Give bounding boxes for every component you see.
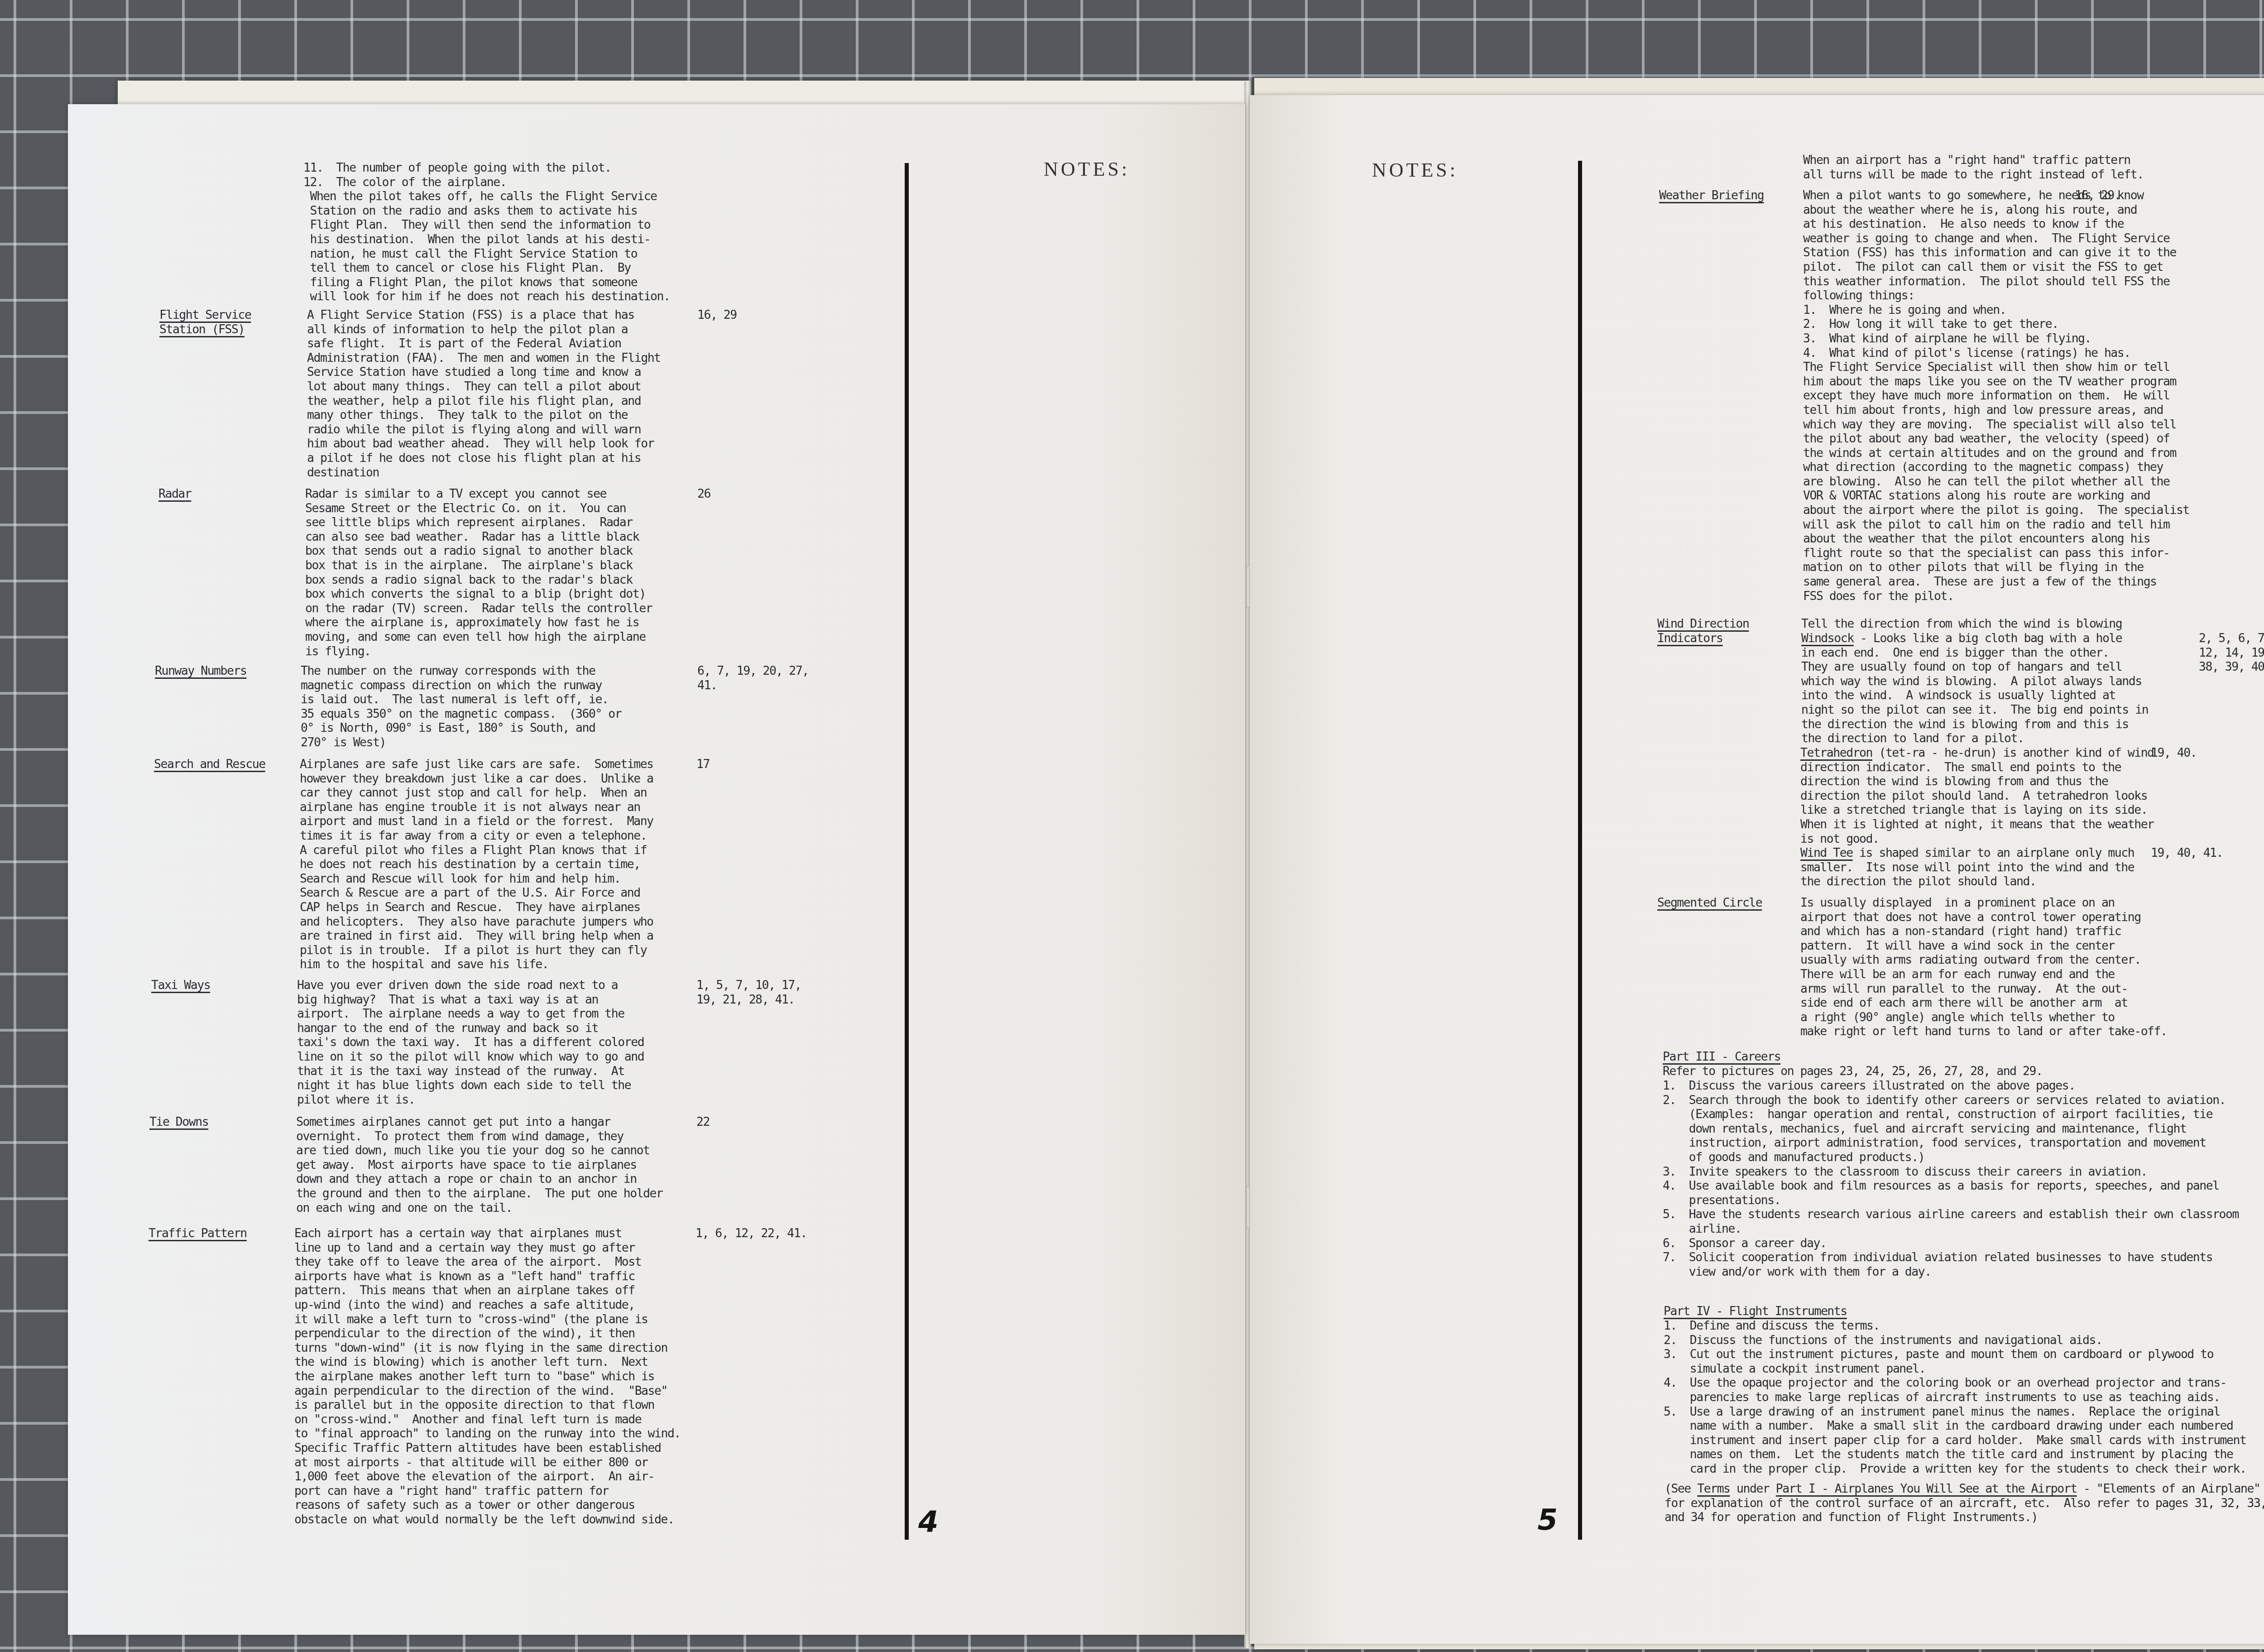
- page-refs-tie-downs: 22: [696, 1115, 710, 1129]
- right-page: NOTES: 5 When an airport has a "right ha…: [1250, 95, 2264, 1644]
- vertical-rule: [905, 163, 909, 1540]
- footnote-mid: under: [1730, 1482, 1776, 1496]
- page-refs-wind-tee: 19, 40, 41.: [2151, 846, 2223, 860]
- traffic-pattern-continued: When an airport has a "right hand" traff…: [1803, 153, 2144, 182]
- term-weather-briefing: Weather Briefing: [1659, 188, 1764, 203]
- part3-list: 1. Discuss the various careers illustrat…: [1663, 1079, 2239, 1279]
- page-refs-flight-service-station: 16, 29: [697, 308, 737, 322]
- term-wind-tee: Wind Tee: [1800, 846, 1853, 860]
- term-radar: Radar: [158, 487, 191, 501]
- part3-intro: Refer to pictures on pages 23, 24, 25, 2…: [1663, 1064, 2042, 1079]
- term-wind-direction-indicators: Wind Direction Indicators: [1657, 617, 1749, 645]
- definition-runway-numbers: The number on the runway corresponds wit…: [301, 664, 621, 750]
- page-number: 5: [1537, 1503, 1558, 1537]
- term-runway-numbers: Runway Numbers: [155, 664, 246, 678]
- definition-traffic-pattern: Each airport has a certain way that airp…: [294, 1226, 681, 1527]
- page-refs-traffic-pattern: 1, 6, 12, 22, 41.: [696, 1226, 807, 1241]
- notes-heading: NOTES:: [1372, 158, 1458, 182]
- term-search-and-rescue: Search and Rescue: [154, 757, 265, 772]
- terms-link[interactable]: Terms: [1697, 1482, 1730, 1496]
- part4-list: 1. Define and discuss the terms. 2. Disc…: [1664, 1319, 2246, 1476]
- staple-top: [1246, 566, 1250, 608]
- footnote: (See Terms under Part I - Airplanes You …: [1664, 1482, 2264, 1525]
- definition-segmented-circle: Is usually displayed in a prominent plac…: [1800, 896, 2167, 1039]
- page-refs-taxi-ways: 1, 5, 7, 10, 17, 19, 21, 28, 41.: [696, 978, 801, 1007]
- definition-search-and-rescue: Airplanes are safe just like cars are sa…: [300, 757, 653, 972]
- page-refs-runway-numbers: 6, 7, 19, 20, 27, 41.: [697, 664, 809, 692]
- part3-heading: Part III - Careers: [1663, 1050, 1780, 1064]
- term-taxi-ways: Taxi Ways: [151, 978, 210, 993]
- windsock-description: Windsock - Looks like a big cloth bag wi…: [1801, 631, 2148, 746]
- term-segmented-circle: Segmented Circle: [1657, 896, 1762, 910]
- windsock-text: - Looks like a big cloth bag with a hole…: [1801, 631, 2148, 745]
- notes-heading: NOTES:: [1044, 158, 1130, 181]
- staple-bottom: [1246, 1186, 1250, 1228]
- page-refs-radar: 26: [697, 487, 710, 501]
- definition-taxi-ways: Have you ever driven down the side road …: [297, 978, 644, 1107]
- definition-flight-service-station: A Flight Service Station (FSS) is a plac…: [307, 308, 661, 480]
- part1-link[interactable]: Part I - Airplanes You Will See at the A…: [1776, 1482, 2077, 1496]
- tetrahedron-description: Tetrahedron (tet-ra - he-drun) is anothe…: [1800, 746, 2154, 846]
- left-page: 11. The number of people going with the …: [68, 104, 1245, 1635]
- definition-radar: Radar is similar to a TV except you cann…: [305, 487, 652, 658]
- footnote-prefix: (See: [1664, 1482, 1697, 1496]
- definition-weather-briefing: When a pilot wants to go somewhere, he n…: [1803, 188, 2189, 603]
- page-number: 4: [918, 1506, 939, 1539]
- part4-heading: Part IV - Flight Instruments: [1664, 1304, 1847, 1319]
- term-tetrahedron: Tetrahedron: [1800, 746, 1872, 760]
- tetrahedron-text: (tet-ra - he-drun) is another kind of wi…: [1800, 746, 2154, 846]
- intro-list: 11. The number of people going with the …: [303, 161, 670, 304]
- term-windsock: Windsock: [1801, 631, 1854, 645]
- term-flight-service-station: Flight Service Station (FSS): [159, 308, 251, 336]
- page-refs-search-and-rescue: 17: [696, 757, 710, 772]
- vertical-rule: [1578, 161, 1582, 1540]
- page-refs-tetrahedron: 19, 40.: [2151, 746, 2197, 760]
- page-refs-weather-briefing: 16, 29.: [2075, 188, 2120, 203]
- term-traffic-pattern: Traffic Pattern: [149, 1226, 247, 1241]
- term-tie-downs: Tie Downs: [149, 1115, 208, 1129]
- page-refs-windsock: 2, 5, 6, 7, 10, 11, 12, 14, 19, 20, 28, …: [2199, 631, 2264, 674]
- wind-tee-description: Wind Tee is shaped similar to an airplan…: [1800, 846, 2134, 889]
- definition-tie-downs: Sometimes airplanes cannot get put into …: [296, 1115, 662, 1215]
- definition-wind-direction-indicators: Tell the direction from which the wind i…: [1801, 617, 2122, 631]
